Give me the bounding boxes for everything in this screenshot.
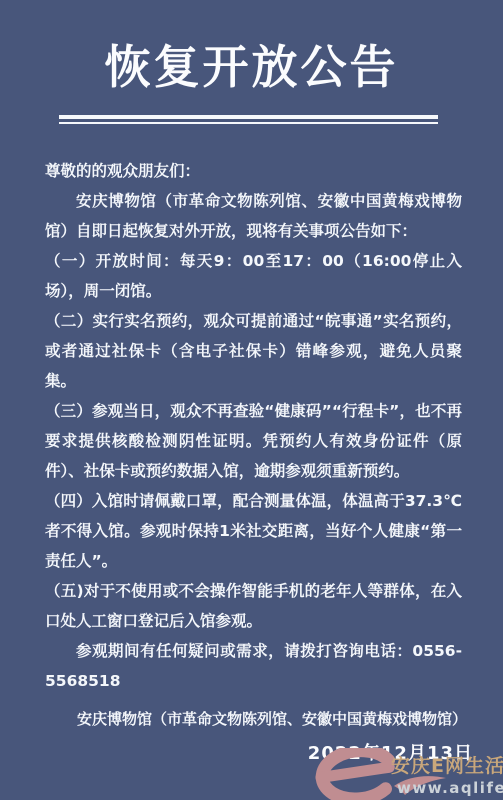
body-paragraph: （三）参观当日，观众不再查验“健康码”“行程卡”，也不再要求提供核酸检测阴性证明… — [45, 396, 462, 486]
watermark-site-url: www.aqlife.com — [397, 779, 503, 797]
announcement-poster: 恢复开放公告 尊敬的的观众朋友们： 安庆博物馆（市革命文物陈列馆、安徽中国黄梅戏… — [0, 0, 503, 800]
body-paragraph: （二）实行实名预约，观众可提前通过“皖事通”实名预约，或者通过社保卡（含电子社保… — [45, 306, 462, 396]
body-paragraph: （五)对于不使用或不会操作智能手机的老年人等群体，在入口处人工窗口登记后入馆参观… — [45, 576, 462, 636]
announcement-body: 尊敬的的观众朋友们： 安庆博物馆（市革命文物陈列馆、安徽中国黄梅戏博物馆）自即日… — [45, 156, 462, 696]
salutation: 尊敬的的观众朋友们： — [45, 156, 462, 186]
body-paragraph: （一）开放时间：每天9：00至17：00（16:00停止入场），周一闭馆。 — [45, 246, 462, 306]
body-paragraph: 安庆博物馆（市革命文物陈列馆、安徽中国黄梅戏博物馆）自即日起恢复对外开放，现将有… — [45, 186, 462, 246]
divider-line-thin — [59, 122, 438, 124]
watermark-site-name: 安庆E网生活 — [391, 751, 503, 778]
divider-line-thick — [59, 115, 438, 119]
body-paragraph: （四）入馆时请佩戴口罩，配合测量体温，体温高于37.3℃者不得入馆。参观时保持1… — [45, 486, 462, 576]
body-paragraph: 参观期间有任何疑问或需求，请拨打咨询电话：0556-5568518 — [45, 636, 462, 696]
signature-line: 安庆博物馆（市革命文物陈列馆、安徽中国黄梅戏博物馆） — [77, 708, 467, 729]
paragraph-list: 安庆博物馆（市革命文物陈列馆、安徽中国黄梅戏博物馆）自即日起恢复对外开放，现将有… — [45, 186, 462, 696]
title-divider — [59, 115, 438, 124]
poster-title: 恢复开放公告 — [0, 42, 503, 93]
